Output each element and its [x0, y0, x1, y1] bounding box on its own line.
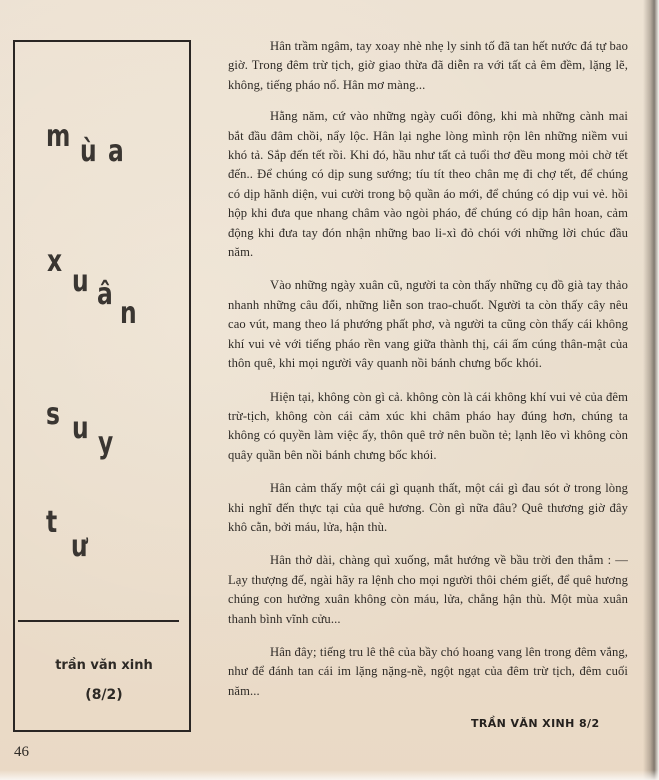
- title-divider: [18, 620, 179, 622]
- story-body: Hân trầm ngâm, tay xoay nhè nhẹ ly sinh …: [228, 37, 628, 701]
- author-date: (8/2): [15, 687, 193, 703]
- author-signature: TRẦN VĂN XINH 8/2: [471, 717, 600, 730]
- title-letter: y: [98, 429, 113, 459]
- magazine-page: m ù a x u â n s u y t ư trần văn xinh (8…: [0, 0, 659, 780]
- title-letter: â: [97, 280, 113, 310]
- paragraph: Hân cảm thấy một cái gì quạnh thất, một …: [228, 479, 628, 537]
- paragraph: Hân đây; tiếng tru lê thê của bầy chó ho…: [228, 643, 628, 701]
- title-letter: u: [72, 267, 89, 297]
- title-letter: ù: [80, 137, 97, 167]
- title-letter: s: [46, 400, 60, 430]
- page-number: 46: [14, 744, 29, 761]
- author-name: trần văn xinh: [15, 658, 193, 673]
- paragraph: Hân thở dài, chàng quì xuống, mắt hướng …: [228, 551, 628, 629]
- title-letter: n: [120, 299, 137, 329]
- title-letter: t: [46, 508, 57, 538]
- paragraph: Hiện tại, không còn gì cả. không còn là …: [228, 388, 628, 466]
- page-bottom-edge: [0, 770, 659, 780]
- paragraph: Hân trầm ngâm, tay xoay nhè nhẹ ly sinh …: [228, 37, 628, 95]
- page-fold-shadow: [643, 0, 659, 780]
- title-box: m ù a x u â n s u y t ư trần văn xinh (8…: [13, 40, 191, 732]
- paragraph: Vào những ngày xuân cũ, người ta còn thấ…: [228, 276, 628, 373]
- title-letter: x: [47, 247, 62, 277]
- paragraph: Hằng năm, cứ vào những ngày cuối đông, k…: [228, 107, 628, 262]
- title-letter: ư: [71, 532, 88, 562]
- title-letter: a: [108, 137, 124, 167]
- title-letter: u: [72, 414, 89, 444]
- title-letter: m: [46, 122, 70, 152]
